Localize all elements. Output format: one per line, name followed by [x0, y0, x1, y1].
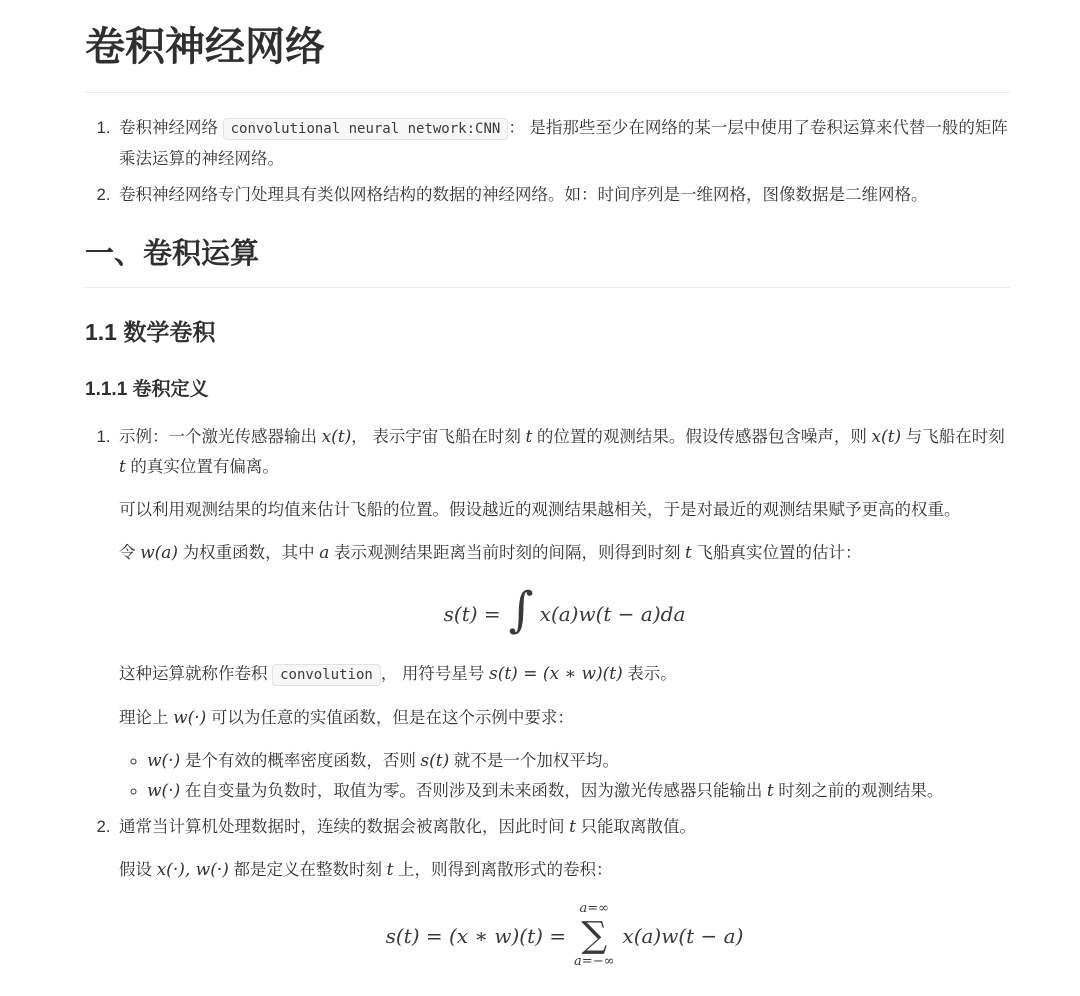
text-run: 是个有效的概率密度函数，否则	[180, 752, 420, 770]
text-run: 卷积神经网络专门处理具有类似网格结构的数据的神经网络。如：时间序列是一维网格，图…	[119, 186, 928, 204]
text-run: 理论上	[119, 709, 173, 727]
sum-lower-limit: a=−∞	[574, 954, 614, 970]
inline-math: w(·)	[147, 781, 180, 801]
text-run: 飞船真实位置的估计：	[692, 544, 862, 562]
list-item: 示例：一个激光传感器输出 x(t)， 表示宇宙飞船在时刻 t 的位置的观测结果。…	[115, 422, 1010, 806]
definition-list: 示例：一个激光传感器输出 x(t)， 表示宇宙飞船在时刻 t 的位置的观测结果。…	[85, 422, 1010, 970]
inline-math: a	[319, 543, 329, 563]
text-run: 与飞船在时刻	[901, 428, 1005, 446]
list-item-text: 卷积神经网络 convolutional neural network:CNN：…	[119, 119, 1008, 168]
inline-math: t	[569, 817, 576, 837]
list-item: w(·) 是个有效的概率密度函数，否则 s(t) 就不是一个加权平均。	[147, 746, 1010, 776]
inline-math: x(·), w(·)	[157, 860, 229, 880]
paragraph: 理论上 w(·) 可以为任意的实值函数，但是在这个示例中要求：	[119, 703, 1010, 733]
integral-icon: ∫	[509, 584, 534, 637]
sigma-with-limits: a=∞ ∑ a=−∞	[574, 901, 614, 970]
document: 卷积神经网络 卷积神经网络 convolutional neural netwo…	[0, 0, 1080, 996]
text-run: 为权重函数，其中	[178, 544, 319, 562]
inline-math: s(t) = (x ∗ w)(t)	[489, 664, 623, 684]
text-run: 通常当计算机处理数据时，连续的数据会被离散化，因此时间	[119, 818, 569, 836]
inline-math: w(·)	[173, 708, 206, 728]
text-run: 都是定义在整数时刻	[229, 861, 387, 879]
formula-lhs: s(t) =	[444, 599, 501, 629]
inline-math: x(t)	[322, 427, 352, 447]
text-run: 假设	[119, 861, 157, 879]
text-run: 的真实位置有偏离。	[126, 458, 279, 476]
intro-list: 卷积神经网络 convolutional neural network:CNN：…	[85, 113, 1010, 210]
text-run: 这种运算就称作卷积	[119, 665, 272, 683]
text-run: ， 用符号星号	[381, 665, 489, 683]
text-run: 只能取离散值。	[576, 818, 696, 836]
inline-code: convolution	[272, 664, 381, 686]
text-run: 上，则得到离散形式的卷积：	[393, 861, 612, 879]
list-item: w(·) 在自变量为负数时，取值为零。否则涉及到未来函数，因为激光传感器只能输出…	[147, 776, 1010, 806]
inline-math: t	[685, 543, 692, 563]
sum-formula: s(t) = (x ∗ w)(t) = a=∞ ∑ a=−∞ x(a)w(t −…	[119, 901, 1010, 970]
sigma-icon: ∑	[581, 917, 607, 955]
text-run: 表示观测结果距离当前时刻的间隔，则得到时刻	[329, 544, 685, 562]
list-item-text: w(·) 在自变量为负数时，取值为零。否则涉及到未来函数，因为激光传感器只能输出…	[147, 782, 943, 800]
formula-body: x(a)w(t − a)da	[540, 599, 686, 629]
paragraph: 这种运算就称作卷积 convolution， 用符号星号 s(t) = (x ∗…	[119, 659, 1010, 690]
paragraph: 假设 x(·), w(·) 都是定义在整数时刻 t 上，则得到离散形式的卷积：	[119, 855, 1010, 885]
text-run: 表示。	[623, 665, 677, 683]
paragraph: 通常当计算机处理数据时，连续的数据会被离散化，因此时间 t 只能取离散值。	[119, 812, 1010, 842]
list-item: 卷积神经网络 convolutional neural network:CNN：…	[115, 113, 1010, 174]
text-run: 在自变量为负数时，取值为零。否则涉及到未来函数，因为激光传感器只能输出	[180, 782, 767, 800]
text-run: 可以为任意的实值函数，但是在这个示例中要求：	[206, 709, 574, 727]
paragraph: 令 w(a) 为权重函数，其中 a 表示观测结果距离当前时刻的间隔，则得到时刻 …	[119, 538, 1010, 568]
inline-code: convolutional neural network:CNN	[223, 118, 509, 140]
section-heading: 一、卷积运算	[85, 236, 1010, 288]
list-item-text: w(·) 是个有效的概率密度函数，否则 s(t) 就不是一个加权平均。	[147, 752, 619, 770]
text-run: 示例：一个激光传感器输出	[119, 428, 322, 446]
subsubsection-heading: 1.1.1 卷积定义	[85, 378, 1010, 403]
subsection-heading: 1.1 数学卷积	[85, 318, 1010, 348]
integral-formula: s(t) = ∫ x(a)w(t − a)da	[119, 584, 1010, 643]
formula-body: x(a)w(t − a)	[622, 921, 743, 951]
text-run: 的位置的观测结果。假设传感器包含噪声，则	[532, 428, 871, 446]
list-item-text: 卷积神经网络专门处理具有类似网格结构的数据的神经网络。如：时间序列是一维网格，图…	[119, 186, 928, 204]
text-run: 可以利用观测结果的均值来估计飞船的位置。假设越近的观测结果越相关，于是对最近的观…	[119, 501, 961, 519]
formula-lhs: s(t) = (x ∗ w)(t) =	[386, 921, 566, 951]
inline-math: w(a)	[140, 543, 178, 563]
list-item: 通常当计算机处理数据时，连续的数据会被离散化，因此时间 t 只能取离散值。 假设…	[115, 812, 1010, 970]
paragraph: 可以利用观测结果的均值来估计飞船的位置。假设越近的观测结果越相关，于是对最近的观…	[119, 495, 1010, 525]
text-run: 卷积神经网络	[119, 119, 223, 137]
inline-math: t	[119, 457, 126, 477]
inline-math: x(t)	[871, 427, 901, 447]
inline-math: w(·)	[147, 751, 180, 771]
page-title: 卷积神经网络	[85, 22, 1010, 93]
inline-math: t	[767, 781, 774, 801]
paragraph: 示例：一个激光传感器输出 x(t)， 表示宇宙飞船在时刻 t 的位置的观测结果。…	[119, 422, 1010, 482]
requirements-list: w(·) 是个有效的概率密度函数，否则 s(t) 就不是一个加权平均。 w(·)…	[119, 746, 1010, 806]
inline-math: s(t)	[420, 751, 449, 771]
text-run: 令	[119, 544, 140, 562]
text-run: 时刻之前的观测结果。	[774, 782, 944, 800]
text-run: ， 表示宇宙飞船在时刻	[351, 428, 525, 446]
list-item: 卷积神经网络专门处理具有类似网格结构的数据的神经网络。如：时间序列是一维网格，图…	[115, 180, 1010, 210]
text-run: 就不是一个加权平均。	[449, 752, 619, 770]
